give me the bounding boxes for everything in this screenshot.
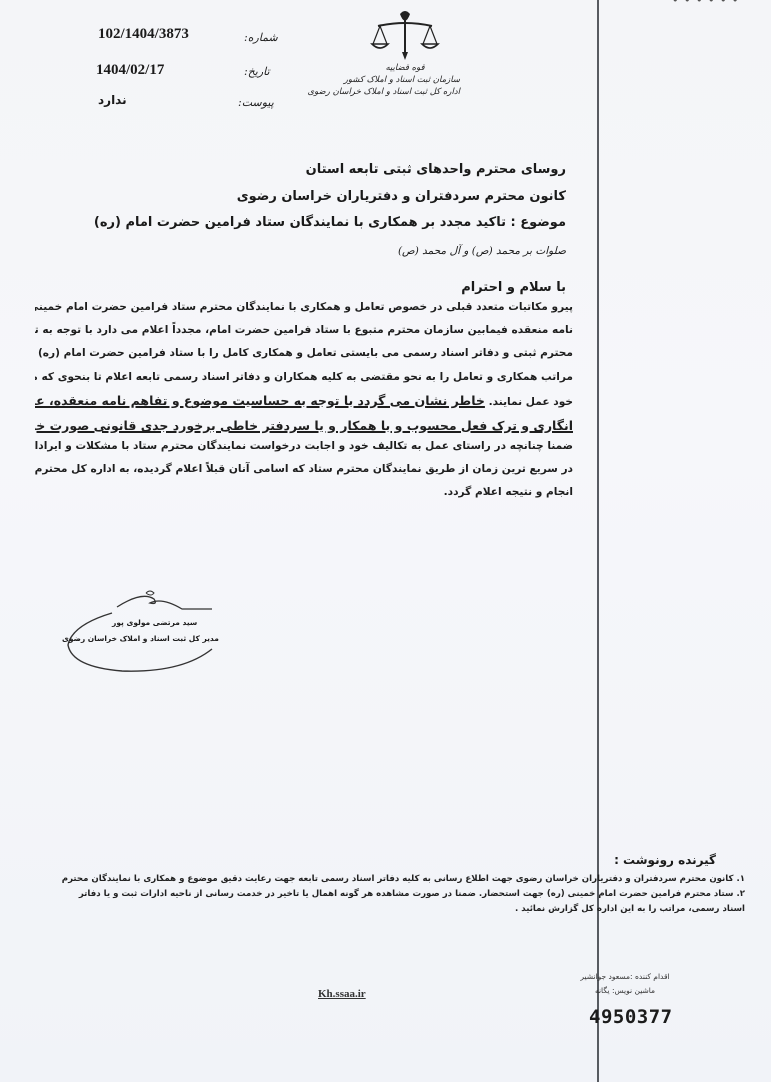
cc-item: اسناد رسمی، مراتب را به این اداره کل گزا… — [30, 902, 745, 917]
cc-item: ۲. ستاد محترم فرامین حضرت امام خمینی (ره… — [30, 887, 745, 902]
body-line: مراتب همکاری و تعامل را به نحو مقتضی به … — [35, 366, 573, 389]
scanned-letter: 102/1404/3873 شماره: 1404/02/17 تاریخ: ن… — [0, 0, 771, 1082]
letter-number-value: 102/1404/3873 — [98, 26, 189, 43]
attachment-value: ندارد — [98, 93, 127, 107]
warning-text-underlined: خاطر نشان می گردد با توجه به حساسیت موضو… — [35, 393, 485, 408]
typist: ماشین نویس: یگانه — [560, 984, 690, 998]
scales-of-justice-icon — [370, 10, 440, 62]
corner-cut-text: • • • • • • — [672, 0, 739, 7]
judiciary-emblem: قوه قضاییه سازمان ثبت اسناد و املاک کشور… — [350, 10, 460, 115]
body-line: نامه منعقده فیمابین سازمان محترم متبوع ب… — [35, 319, 573, 342]
letter-date-label: تاریخ: — [244, 65, 270, 78]
greeting: با سلام و احترام — [461, 280, 566, 295]
cc-item: ۱. کانون محترم سردفتران و دفتریاران خراس… — [30, 872, 745, 887]
addressee-1: روسای محترم واحدهای ثبتی تابعه استان — [306, 162, 566, 177]
emblem-line-department: اداره کل ثبت اسناد و املاک خراسان رضوی — [330, 86, 460, 98]
prepared-by-block: اقدام کننده :مسعود جوانشیر ماشین نویس: ی… — [560, 970, 690, 998]
body-line: پیرو مکاتبات متعدد قبلی در خصوص تعامل و … — [35, 296, 573, 319]
body-line: ضمنا چنانچه در راستای عمل به تکالیف خود … — [35, 435, 573, 458]
cc-list: ۱. کانون محترم سردفتران و دفتریاران خراس… — [30, 872, 745, 917]
body-paragraph-1: پیرو مکاتبات متعدد قبلی در خصوص تعامل و … — [35, 296, 573, 439]
handwritten-signature-icon — [62, 585, 222, 675]
letter-subject: موضوع : تاکید مجدد بر همکاری با نمایندگا… — [94, 215, 566, 230]
addressee-2: کانون محترم سردفتران و دفتریاران خراسان … — [237, 189, 566, 204]
body-line: محترم ثبتی و دفاتر اسناد رسمی می بایستی … — [35, 342, 573, 365]
body-paragraph-2: ضمنا چنانچه در راستای عمل به تکالیف خود … — [35, 435, 573, 505]
tracking-number: 4950377 — [589, 1006, 673, 1028]
emblem-line-judiciary: قوه قضاییه — [350, 62, 460, 74]
warning-text-underlined: انگاری و ترک فعل محسوب و با همکار و یا س… — [35, 418, 573, 433]
letter-number-label: شماره: — [244, 31, 278, 44]
signatory-title: مدیر کل ثبت اسناد و املاک خراسان رضوی — [62, 634, 219, 643]
body-text: خود عمل نمایند. — [489, 396, 573, 408]
attachment-label: پیوست: — [238, 96, 274, 109]
letter-date-value: 1404/02/17 — [96, 62, 164, 79]
signature-block: سید مرتضی مولوی پور مدیر کل ثبت اسناد و … — [62, 585, 222, 675]
emblem-line-organization: سازمان ثبت اسناد و املاک کشور — [350, 74, 460, 86]
cc-title: گیرنده رونوشت : — [614, 853, 716, 867]
body-line-warning: خود عمل نمایند. خاطر نشان می گردد با توج… — [35, 389, 573, 414]
page-fold-line — [597, 0, 599, 1082]
body-line: انجام و نتیجه اعلام گردد. — [35, 481, 573, 504]
signatory-name: سید مرتضی مولوی پور — [112, 618, 197, 627]
salawat-line: صلوات بر محمد (ص) و آل محمد (ص) — [398, 245, 566, 257]
website-link[interactable]: Kh.ssaa.ir — [318, 988, 366, 1000]
body-line: در سریع ترین زمان از طریق نمایندگان محتر… — [35, 458, 573, 481]
prepared-by: اقدام کننده :مسعود جوانشیر — [560, 970, 690, 984]
